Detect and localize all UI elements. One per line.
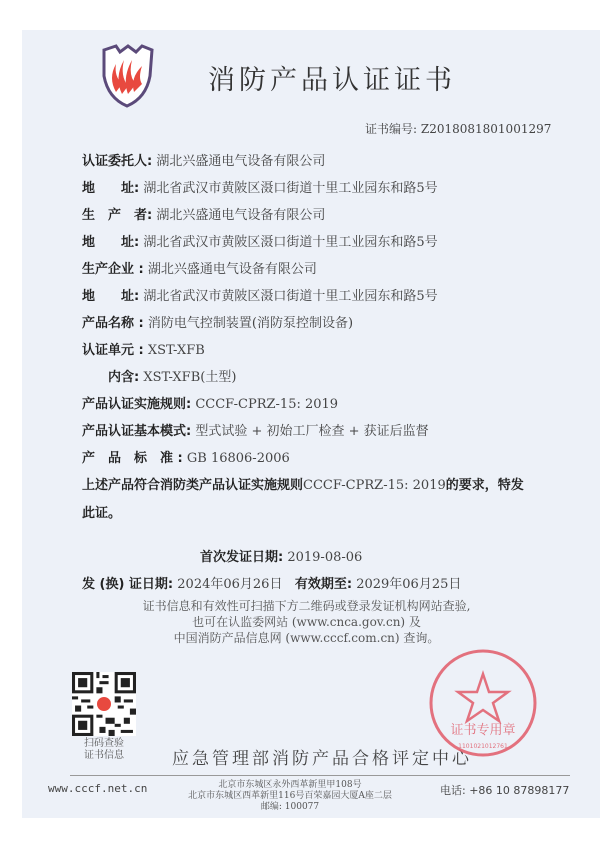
field-label: 认证单元 : bbox=[82, 343, 144, 358]
field-value: XST-XFB bbox=[148, 343, 205, 358]
qr-code-icon[interactable] bbox=[72, 672, 136, 736]
official-seal-icon: 证书专用章 1101021012761 bbox=[428, 648, 538, 758]
field-value: 消防电气控制装置(消防泵控制设备) bbox=[148, 316, 353, 331]
note-line: 证书信息和有效性可扫描下方二维码或登录发证机构网站查验, bbox=[0, 598, 613, 614]
statement-rule: CCCF-CPRZ-15: 2019 bbox=[303, 478, 446, 493]
field-label: 地 址: bbox=[82, 235, 139, 250]
footer-address-line: 北京市东城区永外西革新里甲108号 bbox=[150, 780, 430, 791]
certificate-title: 消防产品认证证书 bbox=[208, 58, 456, 97]
field-label: 产品认证实施规则: bbox=[82, 397, 191, 412]
fire-shield-logo-icon bbox=[98, 42, 156, 108]
valid-until-value: 2029年06月25日 bbox=[356, 577, 461, 592]
note-line: 中国消防产品信息网 (www.cccf.com.cn) 查询。 bbox=[0, 630, 613, 646]
field-implementation-rule: 产品认证实施规则: CCCF-CPRZ-15: 2019 bbox=[82, 393, 338, 412]
svg-text:证书专用章: 证书专用章 bbox=[450, 722, 515, 738]
cert-no-value: Z2018081801001297 bbox=[421, 122, 552, 136]
valid-until-label: 有效期至: bbox=[295, 577, 352, 592]
field-value: 湖北省武汉市黄陂区滠口街道十里工业园东和路5号 bbox=[143, 181, 437, 196]
field-value: CCCF-CPRZ-15: 2019 bbox=[195, 397, 338, 412]
field-value: 湖北省武汉市黄陂区滠口街道十里工业园东和路5号 bbox=[143, 235, 437, 250]
field-applicant: 认证委托人: 湖北兴盛通电气设备有限公司 bbox=[82, 150, 325, 169]
conformity-statement: 上述产品符合消防类产品认证实施规则CCCF-CPRZ-15: 2019的要求，特… bbox=[82, 474, 524, 493]
verification-notes: 证书信息和有效性可扫描下方二维码或登录发证机构网站查验, 也可在认监委网站 (w… bbox=[0, 598, 613, 646]
note-line: 也可在认监委网站 (www.cnca.gov.cn) 及 bbox=[0, 614, 613, 630]
footer-website: www.cccf.net.cn bbox=[48, 782, 147, 795]
field-label: 产 品 标 准 : bbox=[82, 451, 183, 466]
footer-divider bbox=[70, 775, 570, 776]
field-value: GB 16806-2006 bbox=[187, 451, 290, 466]
field-value: 湖北兴盛通电气设备有限公司 bbox=[148, 262, 317, 277]
field-label: 内含: bbox=[82, 370, 139, 385]
qr-caption-line: 扫码查验 bbox=[72, 738, 136, 750]
field-value: XST-XFB(土型) bbox=[143, 370, 236, 385]
field-label: 产品名称 : bbox=[82, 316, 144, 331]
first-issue-value: 2019-08-06 bbox=[287, 550, 362, 565]
field-product-name: 产品名称 : 消防电气控制装置(消防泵控制设备) bbox=[82, 312, 353, 331]
issuing-authority: 应急管理部消防产品合格评定中心 bbox=[172, 744, 472, 769]
statement-prefix: 上述产品符合消防类产品认证实施规则 bbox=[82, 478, 303, 493]
issue-date-value: 2024年06月26日 bbox=[177, 577, 282, 592]
field-value: 型式试验 + 初始工厂检查 + 获证后监督 bbox=[195, 424, 428, 439]
issue-and-validity: 发 (换) 证日期: 2024年06月26日 有效期至: 2029年06月25日 bbox=[82, 573, 461, 592]
field-value: 湖北兴盛通电气设备有限公司 bbox=[156, 208, 325, 223]
qr-caption-line: 证书信息 bbox=[72, 750, 136, 762]
first-issue-date: 首次发证日期: 2019-08-06 bbox=[200, 546, 362, 565]
field-includes: 内含: XST-XFB(土型) bbox=[82, 366, 236, 385]
field-cert-mode: 产品认证基本模式: 型式试验 + 初始工厂检查 + 获证后监督 bbox=[82, 420, 429, 439]
field-value: 湖北兴盛通电气设备有限公司 bbox=[156, 154, 325, 169]
field-factory-address: 地 址: 湖北省武汉市黄陂区滠口街道十里工业园东和路5号 bbox=[82, 285, 438, 304]
field-label: 地 址: bbox=[82, 181, 139, 196]
certificate-number: 证书编号: Z2018081801001297 bbox=[365, 120, 551, 137]
footer-postcode: 邮编: 100077 bbox=[150, 802, 430, 813]
statement-suffix: 的要求，特发 bbox=[446, 478, 524, 493]
conformity-statement-line2: 此证。 bbox=[82, 502, 121, 521]
first-issue-label: 首次发证日期: bbox=[200, 550, 283, 565]
footer-address: 北京市东城区永外西革新里甲108号 北京市东城区西革新里116号百荣嘉园大厦A座… bbox=[150, 780, 430, 813]
field-manufacturer-address: 地 址: 湖北省武汉市黄陂区滠口街道十里工业园东和路5号 bbox=[82, 231, 438, 250]
footer-address-line: 北京市东城区西革新里116号百荣嘉园大厦A座二层 bbox=[150, 791, 430, 802]
field-factory: 生产企业 : 湖北兴盛通电气设备有限公司 bbox=[82, 258, 317, 277]
cert-no-label: 证书编号: bbox=[365, 122, 417, 136]
field-product-standard: 产 品 标 准 : GB 16806-2006 bbox=[82, 447, 290, 466]
field-label: 认证委托人: bbox=[82, 154, 152, 169]
field-manufacturer: 生 产 者: 湖北兴盛通电气设备有限公司 bbox=[82, 204, 325, 223]
field-label: 生产企业 : bbox=[82, 262, 144, 277]
svg-text:1101021012761: 1101021012761 bbox=[458, 743, 508, 750]
footer-phone: 电话: +86 10 87898177 bbox=[440, 782, 569, 798]
field-cert-unit: 认证单元 : XST-XFB bbox=[82, 339, 205, 358]
field-label: 地 址: bbox=[82, 289, 139, 304]
field-label: 生 产 者: bbox=[82, 208, 152, 223]
qr-caption: 扫码查验 证书信息 bbox=[72, 738, 136, 762]
field-value: 湖北省武汉市黄陂区滠口街道十里工业园东和路5号 bbox=[143, 289, 437, 304]
field-applicant-address: 地 址: 湖北省武汉市黄陂区滠口街道十里工业园东和路5号 bbox=[82, 177, 438, 196]
field-label: 产品认证基本模式: bbox=[82, 424, 191, 439]
issue-date-label: 发 (换) 证日期: bbox=[82, 577, 173, 592]
